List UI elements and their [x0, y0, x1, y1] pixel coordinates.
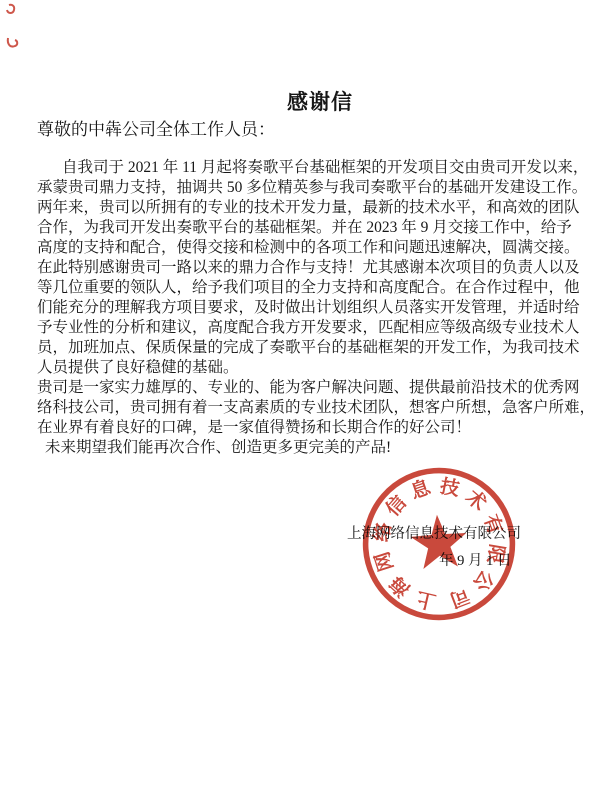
- body-line: 承蒙贵司鼎力支持，抽调共 50 多位精英参与我司奏歌平台的基础开发建设工作。: [37, 178, 577, 198]
- letter-salutation: 尊敬的中犇公司全体工作人员：: [37, 115, 275, 140]
- body-line: 在此特别感谢贵司一路以来的鼎力合作与支持！尤其感谢本次项目的负责人以及: [37, 258, 577, 278]
- company-seal-stamp: 上海网络信息技术有限公司: [353, 458, 526, 631]
- seal-star-icon: [409, 513, 468, 570]
- body-line: 们能充分的理解我方项目要求，及时做出计划组织人员落实开发管理，并适时给: [37, 298, 577, 318]
- letter-body: 自我司于 2021 年 11 月起将奏歌平台基础框架的开发项目交由贵司开发以来，…: [37, 158, 577, 458]
- red-pen-mark-icon: [3, 2, 25, 54]
- seal-ring-char: 技: [437, 474, 462, 501]
- seal-ring-char: 有: [479, 511, 507, 537]
- body-line: 高度的支持和配合，使得交接和检测中的各项工作和问题迅速解决，圆满交接。: [37, 238, 577, 258]
- body-line: 两年来，贵司以所拥有的专业的技术开发力量，最新的技术水平，和高效的团队: [37, 198, 577, 218]
- body-line: 在业界有着良好的口碑，是一家值得赞扬和长期合作的好公司！: [37, 418, 577, 438]
- seal-ring-char: 限: [483, 542, 508, 565]
- body-line: 贵司是一家实力雄厚的、专业的、能为客户解决问题、提供最前沿技术的优秀网: [37, 378, 577, 398]
- body-line: 合作，为我司开发出奏歌平台的基础框架。并在 2023 年 9 月交接工作中，给予: [37, 218, 577, 238]
- body-line: 员，加班加点、保质保量的完成了奏歌平台的基础框架的开发工作，为我司技术: [37, 338, 577, 358]
- seal-ring-char: 上: [414, 587, 438, 614]
- body-line: 络科技公司，贵司拥有着一支高素质的专业技术团队，想客户所想，急客户所难，: [37, 398, 577, 418]
- body-line: 自我司于 2021 年 11 月起将奏歌平台基础框架的开发项目交由贵司开发以来，: [37, 158, 577, 178]
- seal-ring-char: 息: [408, 475, 434, 503]
- body-line: 人员提供了良好稳健的基础。: [37, 358, 577, 378]
- seal-ring-char: 网: [371, 549, 398, 574]
- seal-ring-char: 络: [369, 520, 395, 544]
- letter-title: 感谢信: [21, 86, 598, 116]
- body-line: 等几位重要的领队人，给予我们项目的全力支持和高度配合。在合作过程中，他: [37, 278, 577, 298]
- seal-ring-char: 司: [447, 584, 473, 611]
- body-line: 未来期望我们能再次合作、创造更多更完美的产品!: [37, 438, 577, 458]
- letter-page: 感谢信 尊敬的中犇公司全体工作人员： 自我司于 2021 年 11 月起将奏歌平…: [0, 0, 598, 798]
- body-line: 予专业性的分析和建议，高度配合我方开发要求，匹配相应等级高级专业技术人: [37, 318, 577, 338]
